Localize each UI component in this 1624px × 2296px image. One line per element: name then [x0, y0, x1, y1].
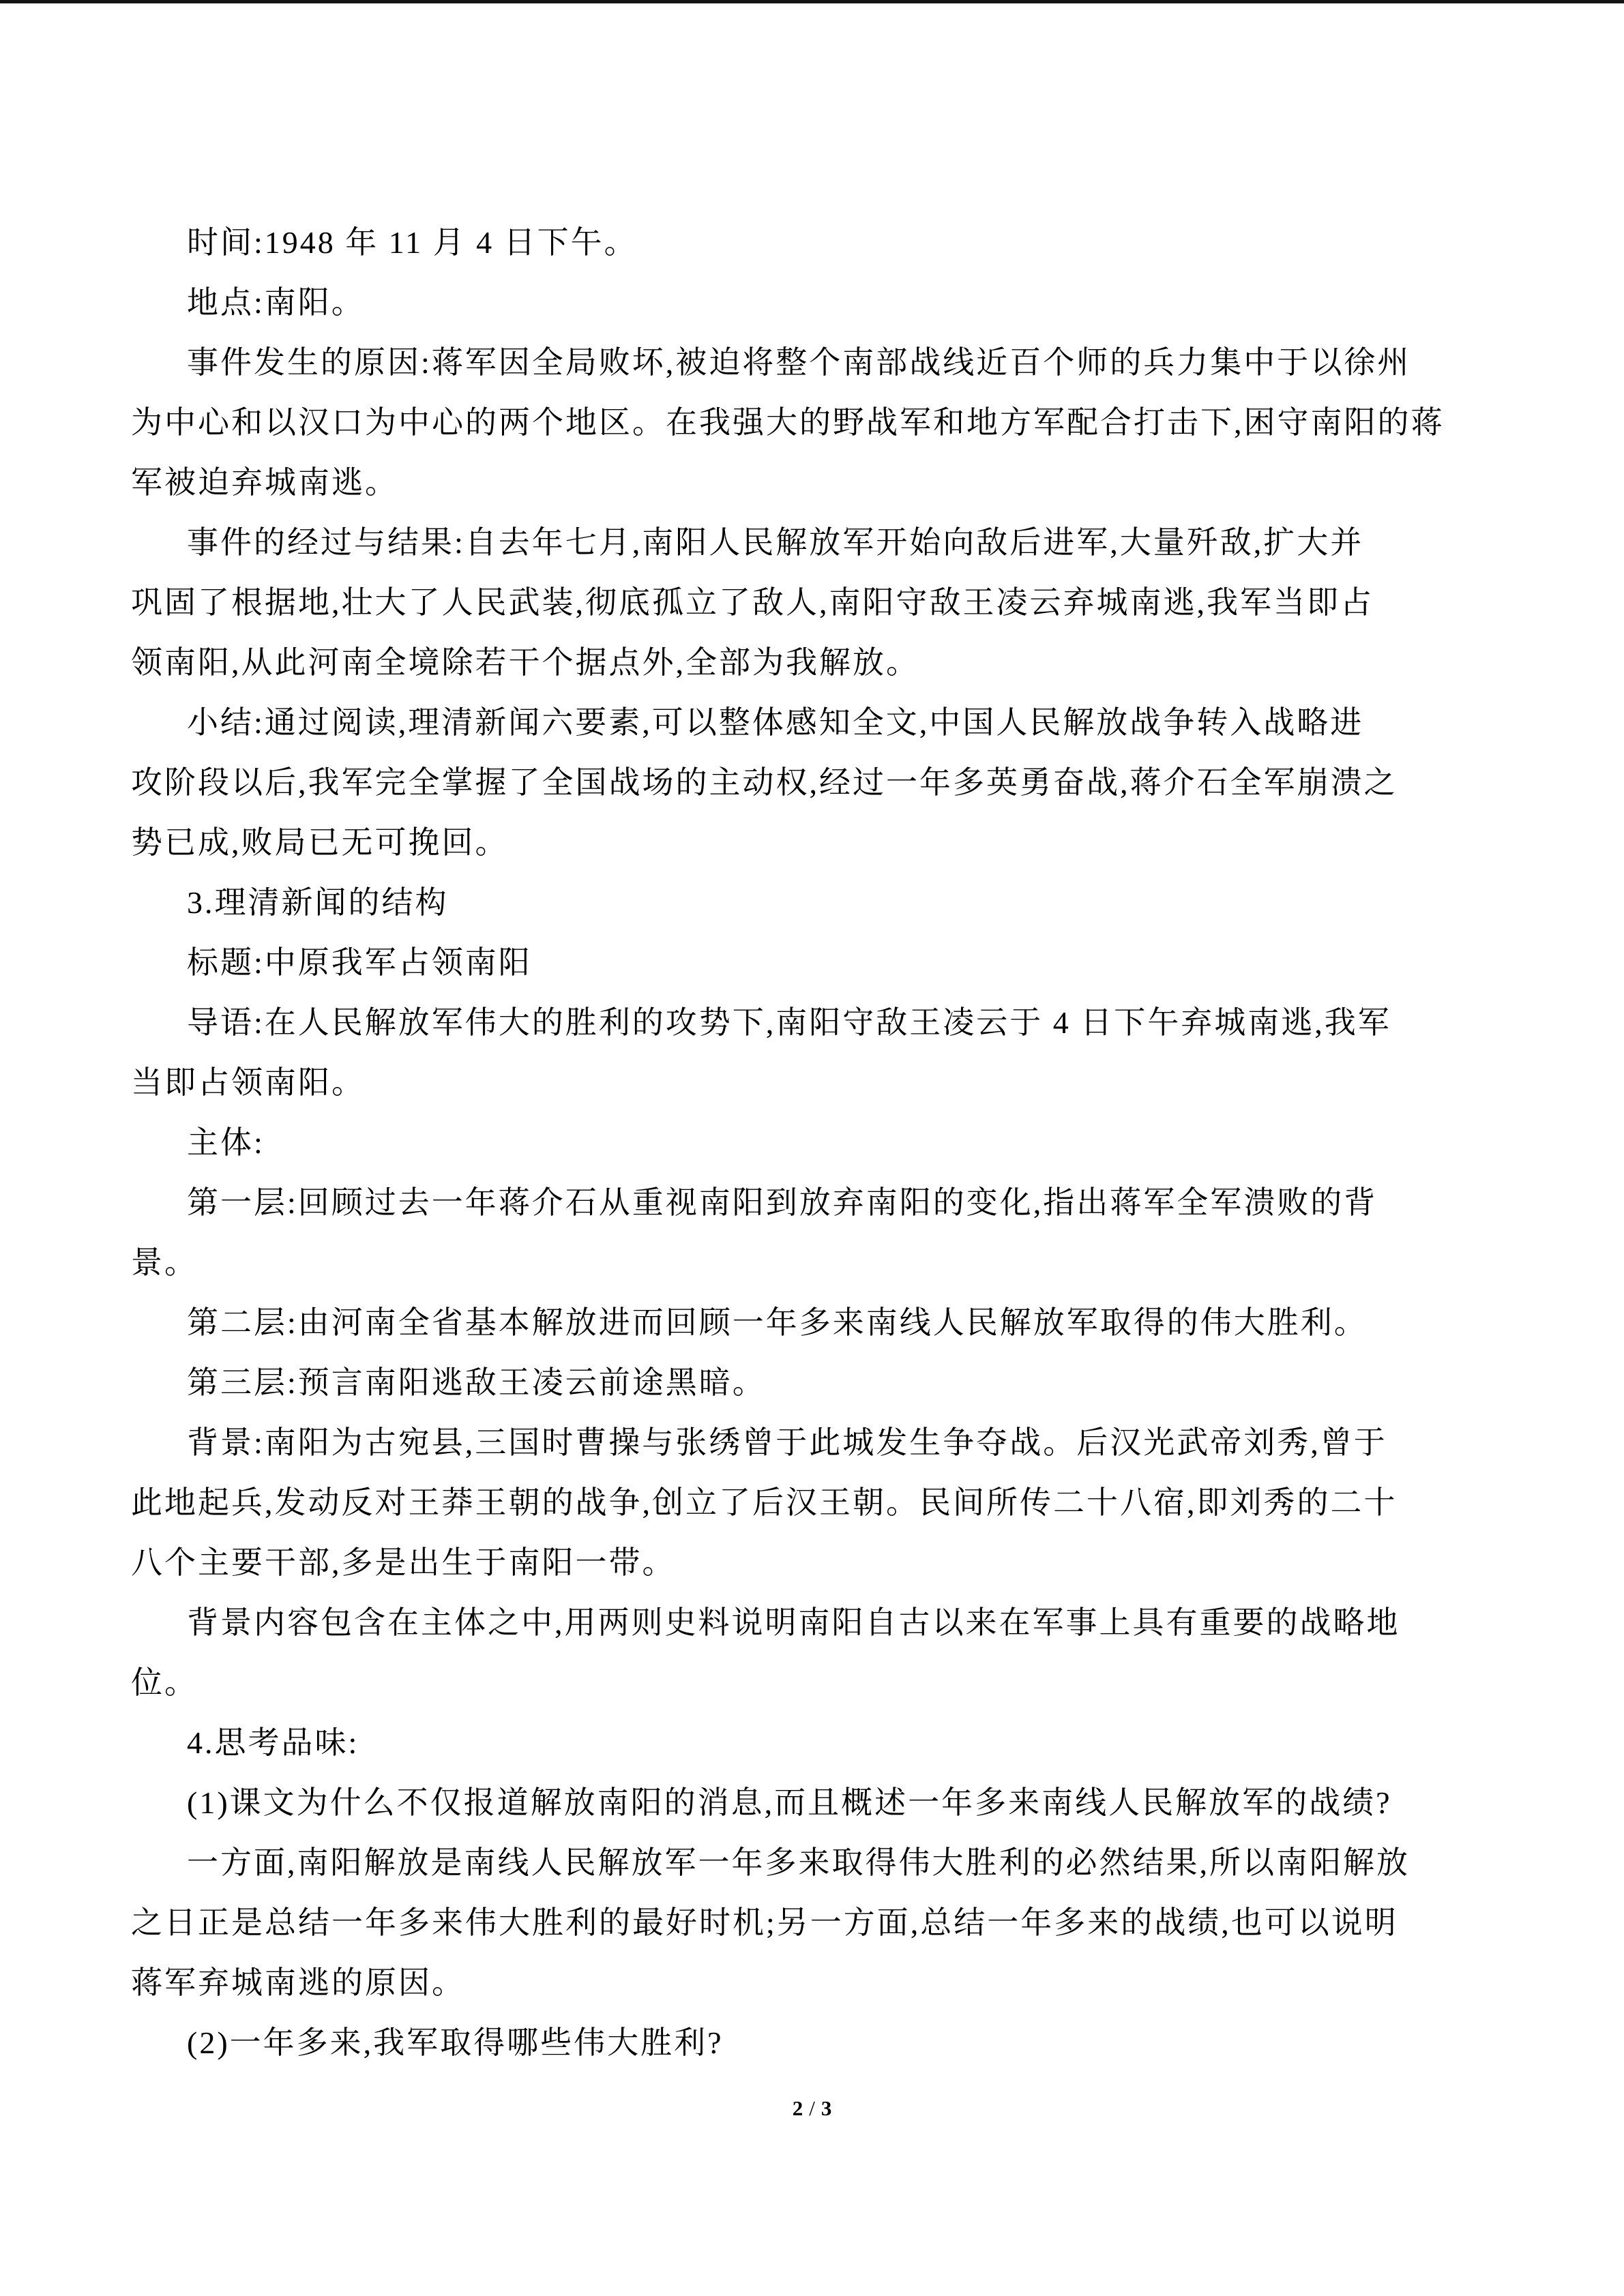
text-line: 事件发生的原因:蒋军因全局败坏,被迫将整个南部战线近百个师的兵力集中于以徐州 [131, 333, 1495, 393]
page-top-edge [0, 0, 1624, 3]
text-line: 八个主要干部,多是出生于南阳一带。 [131, 1533, 1495, 1593]
text-line: 主体: [131, 1113, 1495, 1173]
text-line: 位。 [131, 1653, 1495, 1713]
text-line: 攻阶段以后,我军完全掌握了全国战场的主动权,经过一年多英勇奋战,蒋介石全军崩溃之 [131, 753, 1495, 813]
text-line: 势已成,败局已无可挽回。 [131, 813, 1495, 873]
text-line: 当即占领南阳。 [131, 1053, 1495, 1113]
text-line: 为中心和以汉口为中心的两个地区。在我强大的野战军和地方军配合打击下,困守南阳的蒋 [131, 393, 1495, 453]
text-line: 地点:南阳。 [131, 273, 1495, 333]
text-line: 景。 [131, 1233, 1495, 1293]
document-body: 时间:1948 年 11 月 4 日下午。地点:南阳。事件发生的原因:蒋军因全局… [131, 213, 1495, 2073]
text-line: 背景:南阳为古宛县,三国时曹操与张绣曾于此城发生争夺战。后汉光武帝刘秀,曾于 [131, 1413, 1495, 1473]
page-number: 2/3 [0, 2095, 1624, 2122]
text-line: 此地起兵,发动反对王莽王朝的战争,创立了后汉王朝。民间所传二十八宿,即刘秀的二十 [131, 1473, 1495, 1533]
text-line: (1)课文为什么不仅报道解放南阳的消息,而且概述一年多来南线人民解放军的战绩? [131, 1773, 1495, 1833]
text-line: 巩固了根据地,壮大了人民武装,彻底孤立了敌人,南阳守敌王凌云弃城南逃,我军当即占 [131, 573, 1495, 633]
text-line: (2)一年多来,我军取得哪些伟大胜利? [131, 2013, 1495, 2073]
document-page: 时间:1948 年 11 月 4 日下午。地点:南阳。事件发生的原因:蒋军因全局… [0, 0, 1624, 2296]
text-line: 第一层:回顾过去一年蒋介石从重视南阳到放弃南阳的变化,指出蒋军全军溃败的背 [131, 1173, 1495, 1233]
text-line: 导语:在人民解放军伟大的胜利的攻势下,南阳守敌王凌云于 4 日下午弃城南逃,我军 [131, 993, 1495, 1053]
text-line: 军被迫弃城南逃。 [131, 453, 1495, 513]
text-line: 一方面,南阳解放是南线人民解放军一年多来取得伟大胜利的必然结果,所以南阳解放 [131, 1833, 1495, 1893]
page-number-total: 3 [821, 2096, 832, 2120]
text-line: 小结:通过阅读,理清新闻六要素,可以整体感知全文,中国人民解放战争转入战略进 [131, 693, 1495, 753]
text-line: 蒋军弃城南逃的原因。 [131, 1953, 1495, 2013]
text-line: 领南阳,从此河南全境除若干个据点外,全部为我解放。 [131, 633, 1495, 693]
text-line: 第二层:由河南全省基本解放进而回顾一年多来南线人民解放军取得的伟大胜利。 [131, 1293, 1495, 1353]
text-line: 事件的经过与结果:自去年七月,南阳人民解放军开始向敌后进军,大量歼敌,扩大并 [131, 513, 1495, 573]
page-number-separator: / [809, 2096, 815, 2120]
page-number-current: 2 [793, 2096, 803, 2120]
text-line: 时间:1948 年 11 月 4 日下午。 [131, 213, 1495, 273]
text-line: 4.思考品味: [131, 1713, 1495, 1773]
text-line: 标题:中原我军占领南阳 [131, 933, 1495, 993]
text-line: 第三层:预言南阳逃敌王凌云前途黑暗。 [131, 1353, 1495, 1413]
text-line: 背景内容包含在主体之中,用两则史料说明南阳自古以来在军事上具有重要的战略地 [131, 1593, 1495, 1653]
text-line: 3.理清新闻的结构 [131, 873, 1495, 933]
text-line: 之日正是总结一年多来伟大胜利的最好时机;另一方面,总结一年多来的战绩,也可以说明 [131, 1893, 1495, 1953]
